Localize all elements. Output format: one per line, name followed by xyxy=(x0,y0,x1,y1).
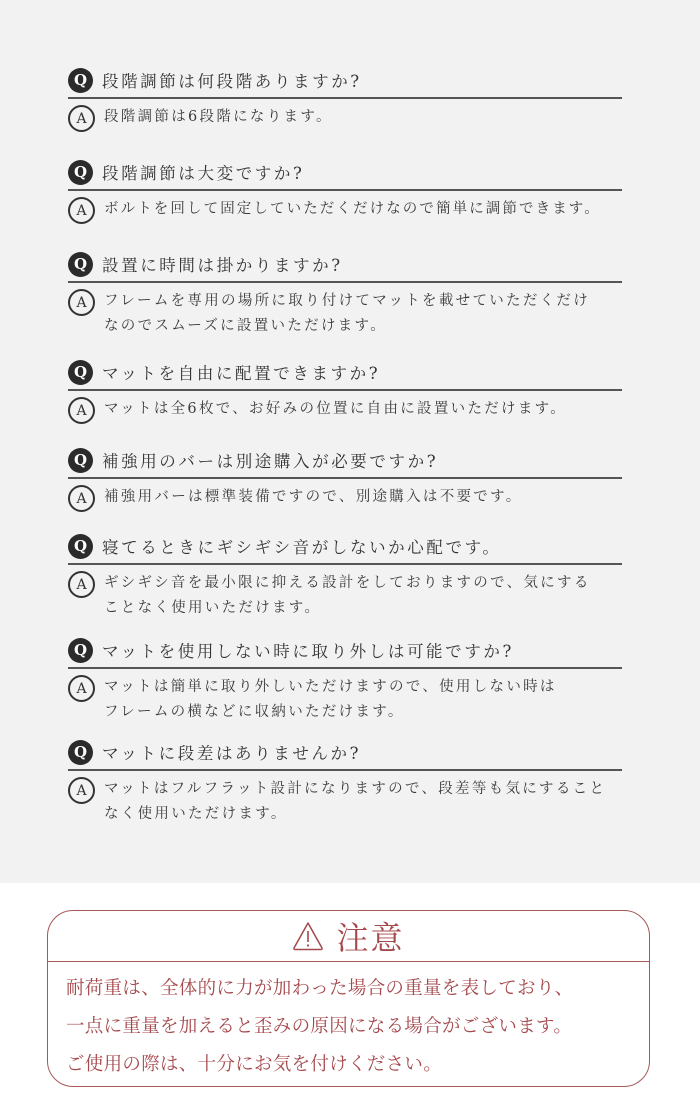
question-row: Q 段階調節は大変ですか? xyxy=(68,159,622,191)
caution-line: ご使用の際は、十分にお気を付けください。 xyxy=(66,1046,649,1084)
question-row: Q 寝てるときにギシギシ音がしないか心配です。 xyxy=(68,533,622,565)
question-row: Q 設置に時間は掛かりますか? xyxy=(68,251,622,283)
answer-row: A マットは全6枚で、お好みの位置に自由に設置いただけます。 xyxy=(68,397,622,424)
q-badge-icon: Q xyxy=(68,638,93,663)
caution-line: 一点に重量を加えると歪みの原因になる場合がございます。 xyxy=(66,1008,649,1046)
caution-line: 耐荷重は、全体的に力が加わった場合の重量を表しており、 xyxy=(66,970,649,1008)
answer-text: ギシギシ音を最小限に抑える設計をしておりますので、気にする ことなく使用いただけ… xyxy=(104,571,591,621)
q-badge-icon: Q xyxy=(68,534,93,559)
faq-item: Q マットを自由に配置できますか? A マットは全6枚で、お好みの位置に自由に設… xyxy=(68,359,622,424)
a-badge-icon: A xyxy=(68,675,95,702)
answer-row: A 補強用バーは標準装備ですので、別途購入は不要です。 xyxy=(68,485,622,512)
question-text: 設置に時間は掛かりますか? xyxy=(102,252,343,276)
answer-text: ボルトを回して固定していただくだけなので簡単に調節できます。 xyxy=(104,197,601,222)
question-text: マットに段差はありませんか? xyxy=(102,740,361,764)
answer-text: マットは簡単に取り外しいただけますので、使用しない時は フレームの横などに収納い… xyxy=(104,675,557,725)
a-badge-icon: A xyxy=(68,105,95,132)
answer-row: A マットはフルフラット設計になりますので、段差等も気にすること なく使用いただ… xyxy=(68,777,622,827)
question-text: 補強用のバーは別途購入が必要ですか? xyxy=(102,448,438,472)
a-badge-icon: A xyxy=(68,397,95,424)
answer-row: A 段階調節は6段階になります。 xyxy=(68,105,622,132)
faq-item: Q 段階調節は何段階ありますか? A 段階調節は6段階になります。 xyxy=(68,67,622,132)
faq-item: Q 補強用のバーは別途購入が必要ですか? A 補強用バーは標準装備ですので、別途… xyxy=(68,447,622,512)
caution-header: 注意 xyxy=(48,911,649,962)
faq-item: Q 寝てるときにギシギシ音がしないか心配です。 A ギシギシ音を最小限に抑える設… xyxy=(68,533,622,621)
q-badge-icon: Q xyxy=(68,252,93,277)
question-row: Q マットを自由に配置できますか? xyxy=(68,359,622,391)
answer-text: 補強用バーは標準装備ですので、別途購入は不要です。 xyxy=(104,485,523,510)
a-badge-icon: A xyxy=(68,571,95,598)
faq-item: Q マットを使用しない時に取り外しは可能ですか? A マットは簡単に取り外しいた… xyxy=(68,637,622,725)
answer-text: フレームを専用の場所に取り付けてマットを載せていただくだけ なのでスムーズに設置… xyxy=(104,289,590,339)
answer-text: マットはフルフラット設計になりますので、段差等も気にすること なく使用いただけま… xyxy=(104,777,606,827)
faq-item: Q 設置に時間は掛かりますか? A フレームを専用の場所に取り付けてマットを載せ… xyxy=(68,251,622,339)
faq-item: Q 段階調節は大変ですか? A ボルトを回して固定していただくだけなので簡単に調… xyxy=(68,159,622,224)
question-row: Q マットを使用しない時に取り外しは可能ですか? xyxy=(68,637,622,669)
question-row: Q マットに段差はありませんか? xyxy=(68,739,622,771)
a-badge-icon: A xyxy=(68,289,95,316)
q-badge-icon: Q xyxy=(68,740,93,765)
question-text: 寝てるときにギシギシ音がしないか心配です。 xyxy=(102,534,501,558)
answer-text: マットは全6枚で、お好みの位置に自由に設置いただけます。 xyxy=(104,397,567,422)
a-badge-icon: A xyxy=(68,777,95,804)
answer-row: A フレームを専用の場所に取り付けてマットを載せていただくだけ なのでスムーズに… xyxy=(68,289,622,339)
question-text: 段階調節は大変ですか? xyxy=(102,160,304,184)
caution-body: 耐荷重は、全体的に力が加わった場合の重量を表しており、 一点に重量を加えると歪み… xyxy=(48,962,649,1084)
q-badge-icon: Q xyxy=(68,448,93,473)
question-text: 段階調節は何段階ありますか? xyxy=(102,68,362,92)
q-badge-icon: Q xyxy=(68,160,93,185)
q-badge-icon: Q xyxy=(68,68,93,93)
question-row: Q 補強用のバーは別途購入が必要ですか? xyxy=(68,447,622,479)
faq-section: Q 段階調節は何段階ありますか? A 段階調節は6段階になります。 Q 段階調節… xyxy=(0,0,700,883)
question-row: Q 段階調節は何段階ありますか? xyxy=(68,67,622,99)
warning-triangle-icon xyxy=(292,921,324,951)
question-text: マットを使用しない時に取り外しは可能ですか? xyxy=(102,638,514,662)
answer-row: A マットは簡単に取り外しいただけますので、使用しない時は フレームの横などに収… xyxy=(68,675,622,725)
caution-box: 注意 耐荷重は、全体的に力が加わった場合の重量を表しており、 一点に重量を加える… xyxy=(47,910,650,1087)
answer-row: A ボルトを回して固定していただくだけなので簡単に調節できます。 xyxy=(68,197,622,224)
question-text: マットを自由に配置できますか? xyxy=(102,360,380,384)
q-badge-icon: Q xyxy=(68,360,93,385)
a-badge-icon: A xyxy=(68,485,95,512)
answer-text: 段階調節は6段階になります。 xyxy=(104,105,333,130)
a-badge-icon: A xyxy=(68,197,95,224)
caution-title: 注意 xyxy=(336,913,404,959)
answer-row: A ギシギシ音を最小限に抑える設計をしておりますので、気にする ことなく使用いた… xyxy=(68,571,622,621)
faq-item: Q マットに段差はありませんか? A マットはフルフラット設計になりますので、段… xyxy=(68,739,622,827)
